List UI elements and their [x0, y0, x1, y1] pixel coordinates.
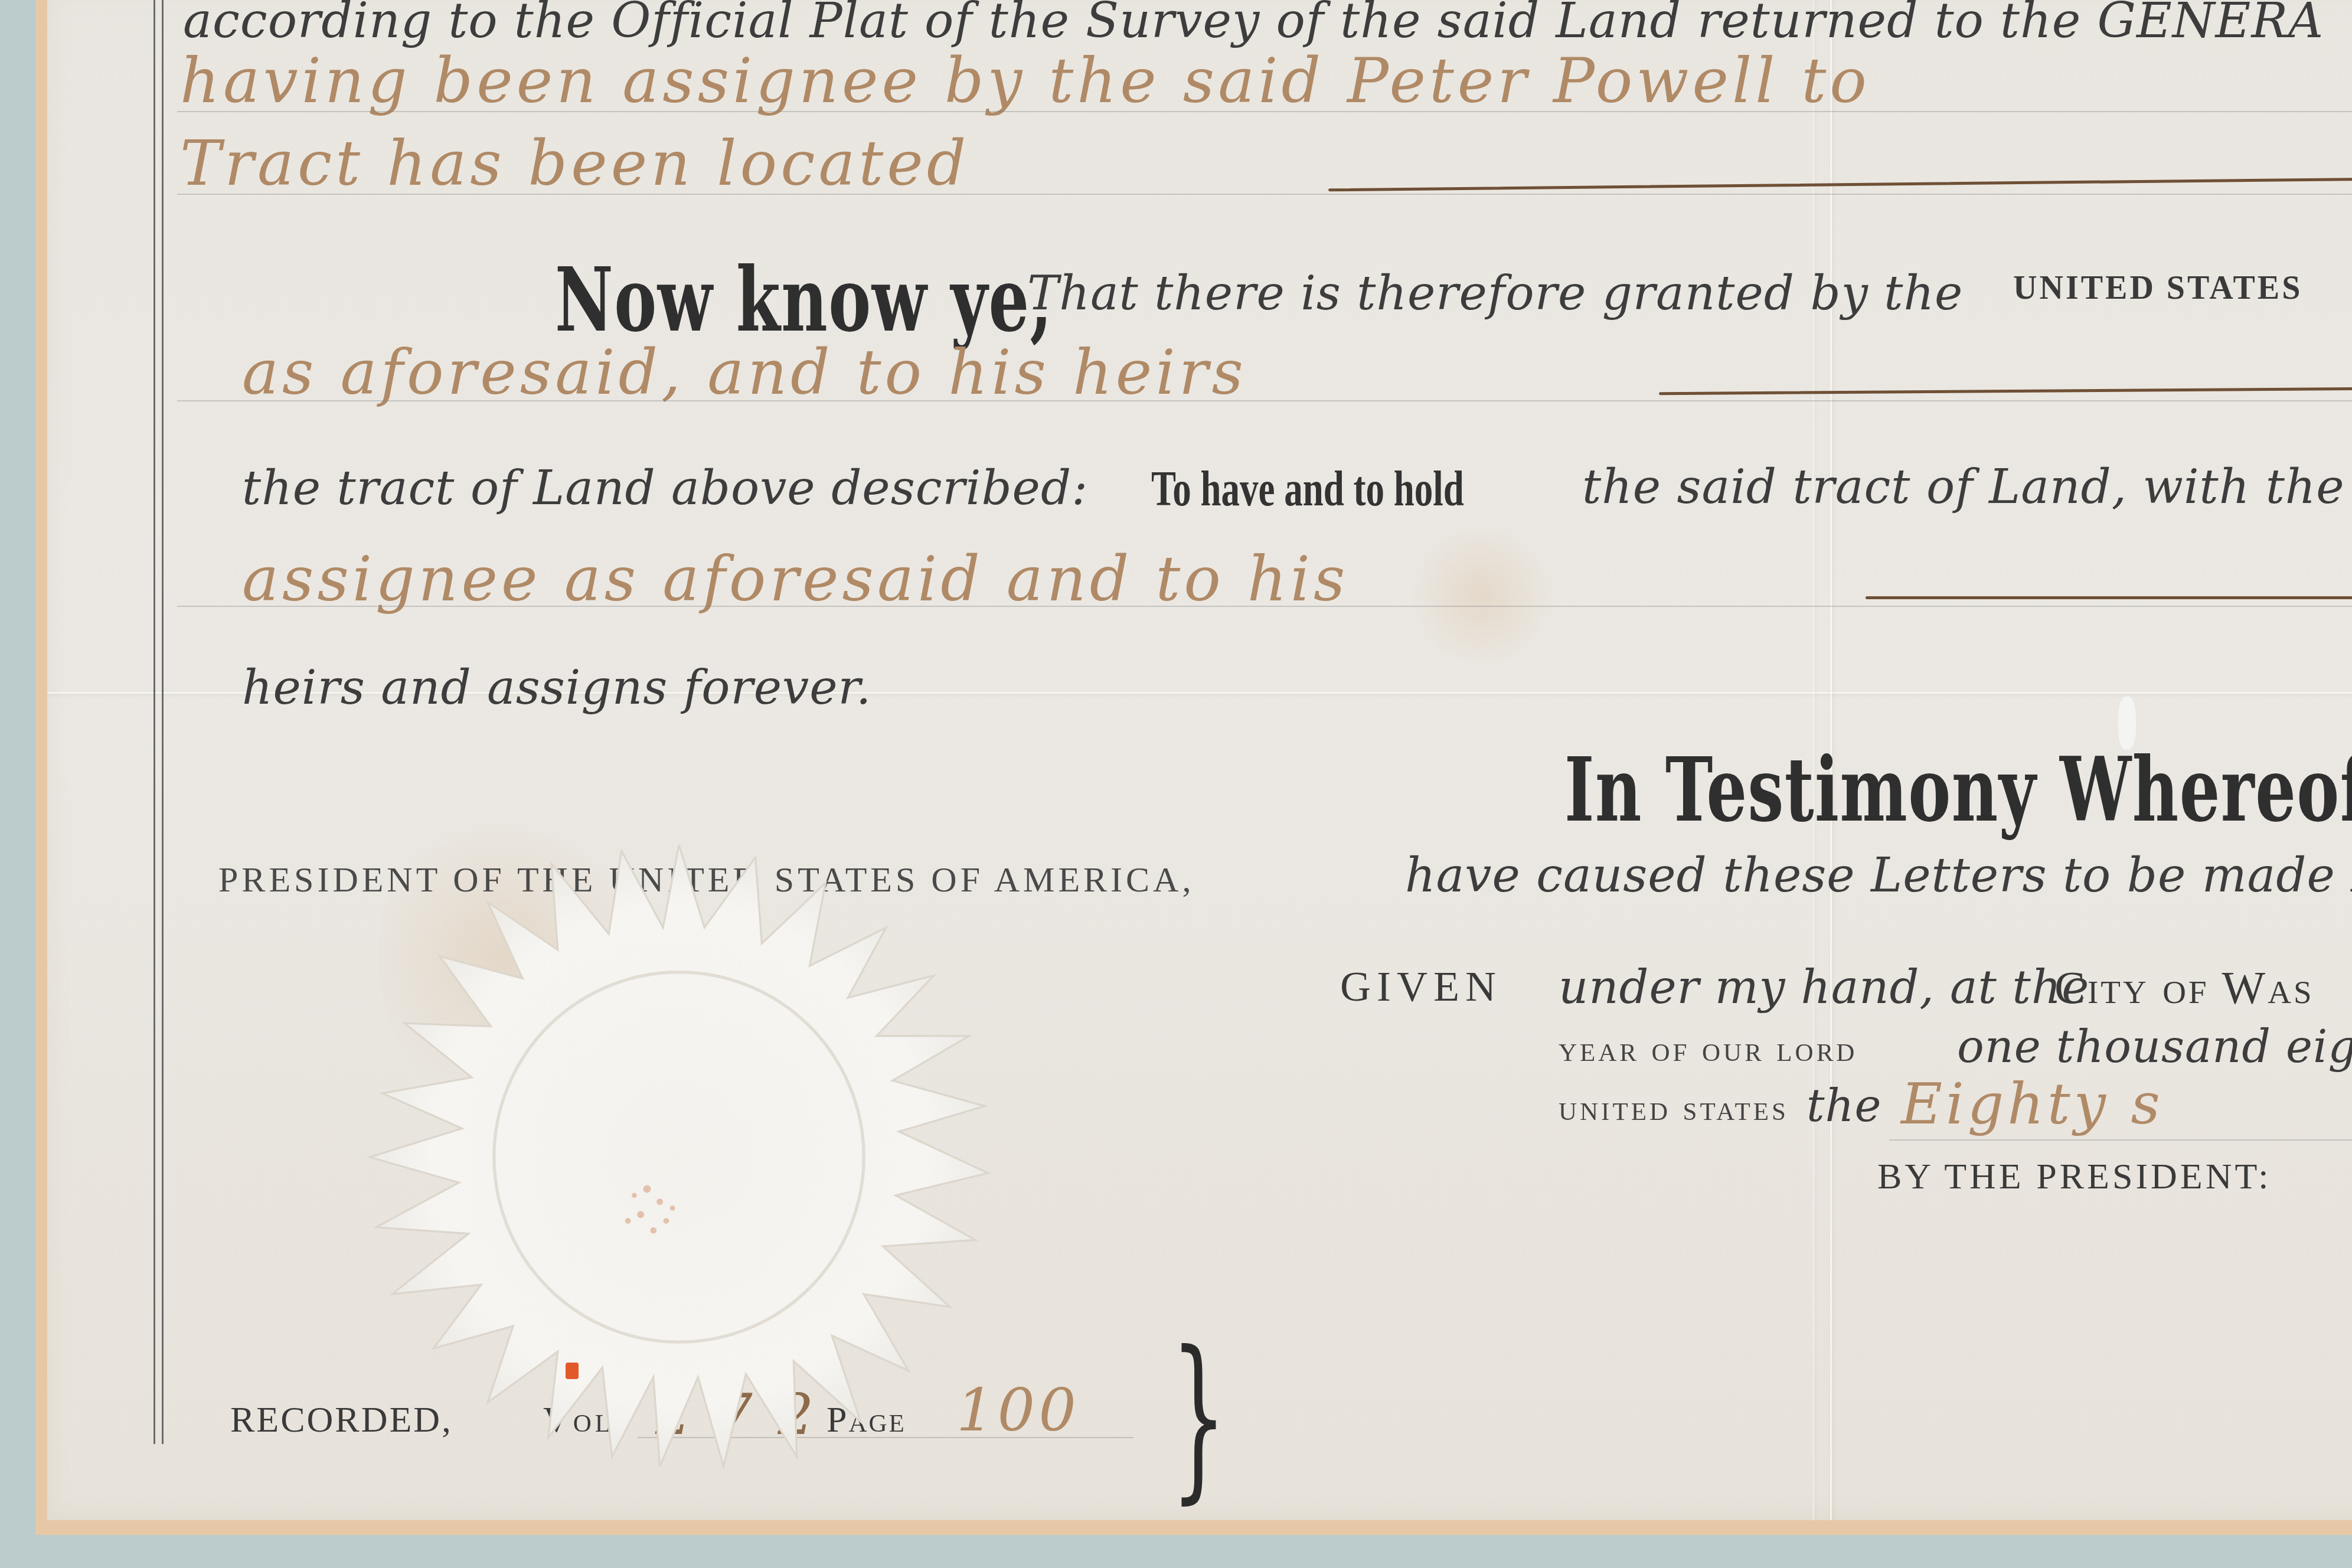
- ink-fill-line: [1328, 178, 2352, 192]
- ruled-line: [1889, 1139, 2352, 1141]
- ruled-line: [177, 400, 2352, 401]
- handwritten-line-5: as aforesaid, and to his heirs: [242, 337, 1247, 409]
- paper-tear: [2118, 697, 2136, 750]
- united-states-smallcaps: united states: [1559, 1087, 1789, 1129]
- united-states-caps: UNITED STATES: [2013, 269, 2302, 307]
- handwritten-line-3: Tract has been located: [180, 128, 969, 200]
- document-paper: according to the Official Plat of the Su…: [47, 0, 2352, 1520]
- ruled-line: [177, 111, 2352, 112]
- letters-made-patent-clause: have caused these Letters to be made P: [1405, 848, 2352, 903]
- granted-clause: That there is therefore granted by the: [1027, 266, 1963, 321]
- one-thousand-eight: one thousand eig: [1957, 1020, 2352, 1073]
- said-tract-clause: the said tract of Land, with the: [1582, 459, 2345, 514]
- gothic-heading-in-testimony-whereof: In Testimony Whereof, I,: [1564, 738, 2352, 842]
- margin-rule-outer: [153, 0, 155, 1444]
- margin-rule-inner: [162, 0, 164, 1444]
- ink-fill-line: [1866, 596, 2352, 599]
- ink-fill-line: [1659, 387, 2352, 396]
- ruled-line: [177, 194, 2352, 195]
- ruled-line: [177, 606, 2352, 607]
- the-label: the: [1807, 1079, 1881, 1132]
- by-the-president: BY THE PRESIDENT:: [1877, 1156, 2272, 1198]
- heirs-and-assigns-forever: heirs and assigns forever.: [242, 660, 871, 715]
- city-of-washington: City of Was: [2054, 961, 2314, 1014]
- print-line-1: according to the Official Plat of the Su…: [183, 0, 2324, 49]
- starburst-seal-icon: [360, 838, 998, 1476]
- year-of-our-lord: year of our lord: [1559, 1028, 1857, 1070]
- to-have-and-to-hold: To have and to hold: [1151, 460, 1464, 518]
- age-stain: [1405, 520, 1559, 673]
- under-my-hand-clause: under my hand, at the: [1559, 961, 2089, 1014]
- given-label: GIVEN: [1340, 962, 1502, 1011]
- handwritten-line-2: having been assignee by the said Peter P…: [180, 45, 1870, 117]
- wax-fleck: [566, 1363, 579, 1379]
- handwritten-year-of-independence: Eighty s: [1901, 1071, 2164, 1137]
- in-testimony-whereof-line: In Testimony Whereof, I,: [1564, 738, 2352, 842]
- handwritten-line-7: assignee as aforesaid and to his: [242, 543, 1348, 615]
- brace-glyph: }: [1171, 1314, 1227, 1520]
- tract-described-clause: the tract of Land above described:: [242, 460, 1088, 515]
